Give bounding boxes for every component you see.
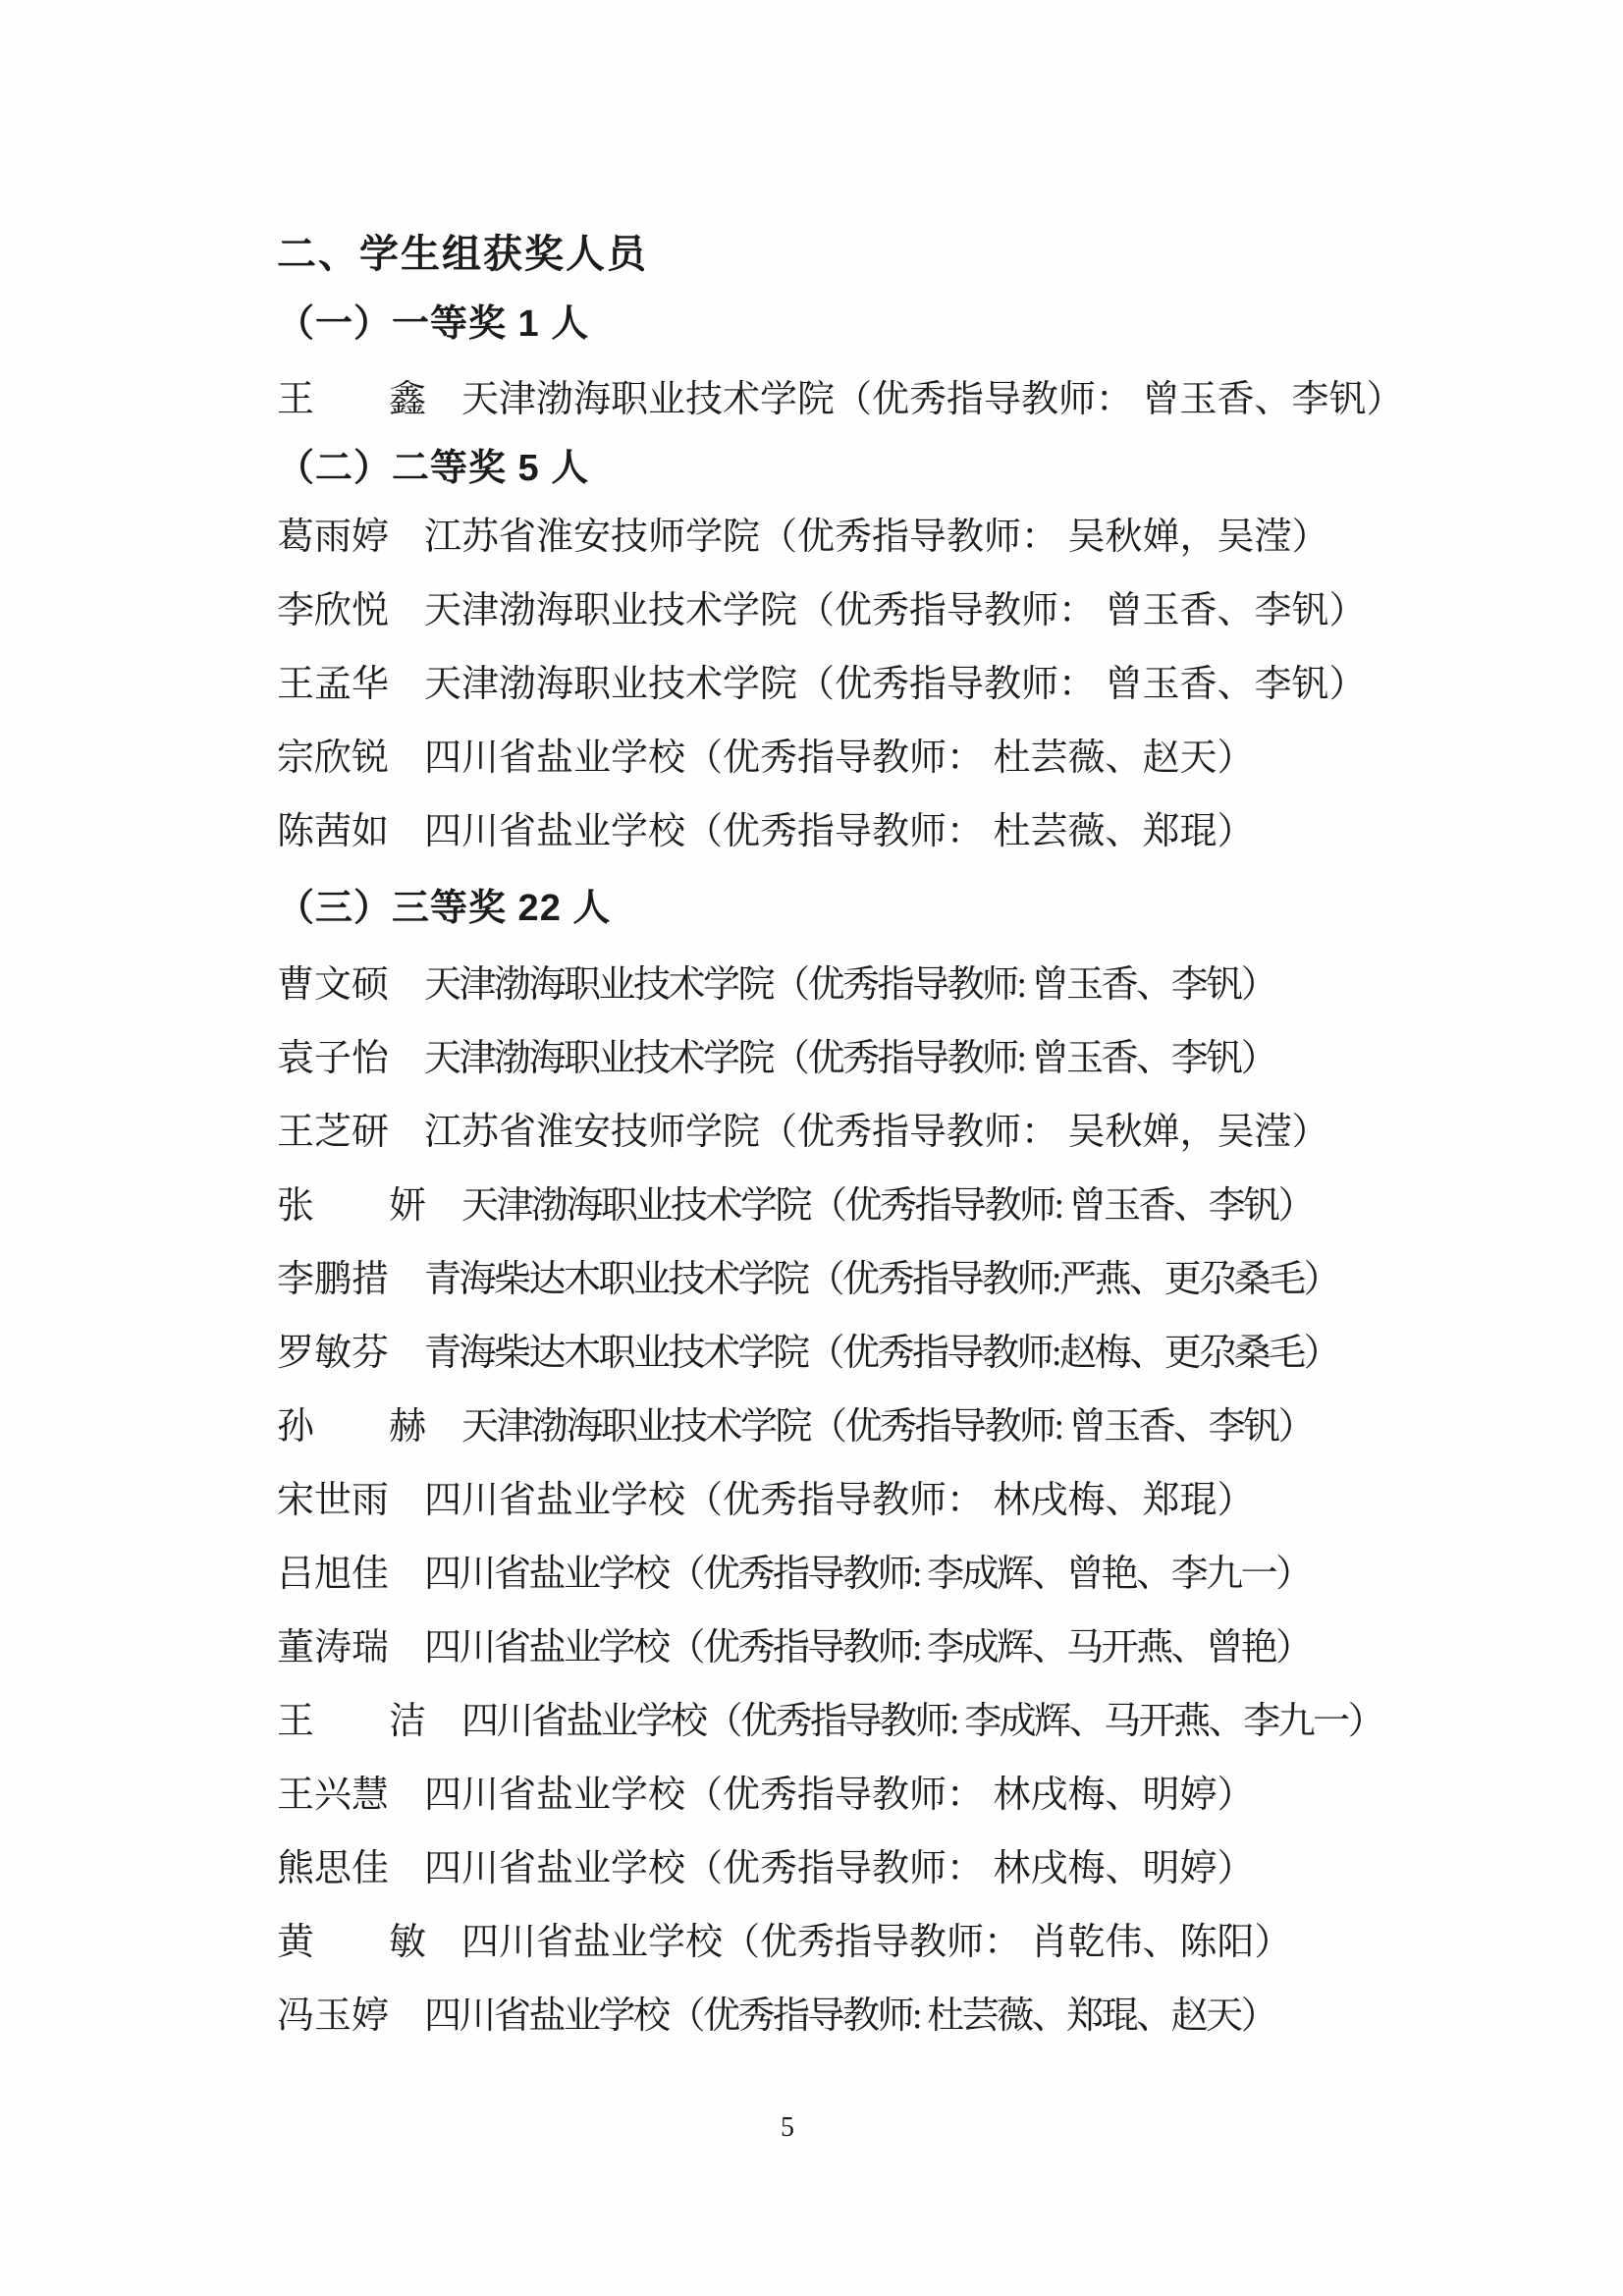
awardee-name: 董涛瑞 [277,1626,389,1669]
awardee-name: 熊思佳 [277,1847,389,1890]
award-entry: 李欣悦天津渤海职业技术学院（优秀指导教师： 曾玉香、李钒） [277,589,1427,632]
award-entry: 王孟华天津渤海职业技术学院（优秀指导教师： 曾玉香、李钒） [277,663,1427,706]
award-entry: 曹文硕天津渤海职业技术学院（优秀指导教师: 曾玉香、李钒） [277,963,1427,1007]
awardee-name: 冯玉婷 [277,1995,389,2038]
section-heading-second-prize: （二）二等奖 5 人 [277,447,1427,490]
entry-detail: 四川省盐业学校（优秀指导教师： 杜芸薇、郑琨） [424,811,1255,852]
awardee-name: 罗敏芬 [277,1332,389,1375]
awardee-name: 吕旭佳 [277,1553,389,1596]
awardee-name: 袁子怡 [277,1037,389,1080]
award-entry: 王芝研江苏省淮安技师学院（优秀指导教师： 吴秋婵，吴滢） [277,1111,1427,1154]
award-entry: 张 妍天津渤海职业技术学院（优秀指导教师: 曾玉香、李钒） [277,1184,1427,1228]
award-entry: 王兴慧四川省盐业学校（优秀指导教师： 林戌梅、明婷） [277,1774,1427,1817]
awardee-name: 王芝研 [277,1111,389,1154]
award-entry: 王 洁四川省盐业学校（优秀指导教师: 李成辉、马开燕、李九一） [277,1700,1427,1743]
awardee-name: 李鹏措 [277,1258,389,1301]
award-entry: 董涛瑞四川省盐业学校（优秀指导教师: 李成辉、马开燕、曾艳） [277,1626,1427,1669]
award-entry: 王 鑫天津渤海职业技术学院（优秀指导教师： 曾玉香、李钒） [277,378,1427,421]
entry-detail: 四川省盐业学校（优秀指导教师: 李成辉、曾艳、李九一） [424,1554,1311,1595]
entry-detail: 四川省盐业学校（优秀指导教师: 李成辉、马开燕、李九一） [461,1701,1382,1742]
entry-detail: 天津渤海职业技术学院（优秀指导教师: 曾玉香、李钒） [424,1038,1275,1079]
entry-detail: 青海柴达木职业技术学院（优秀指导教师:严燕、更尕桑毛） [424,1259,1338,1300]
entry-detail: 四川省盐业学校（优秀指导教师： 林戌梅、郑琨） [424,1480,1255,1521]
award-entry: 罗敏芬青海柴达木职业技术学院（优秀指导教师:赵梅、更尕桑毛） [277,1332,1427,1375]
entry-detail: 天津渤海职业技术学院（优秀指导教师： 曾玉香、李钒） [424,590,1367,631]
award-entry: 葛雨婷江苏省淮安技师学院（优秀指导教师： 吴秋婵，吴滢） [277,516,1427,559]
awardee-name: 孙 赫 [277,1405,426,1449]
entry-detail: 四川省盐业学校（优秀指导教师： 林戌梅、明婷） [424,1775,1255,1816]
awardee-name: 王 洁 [277,1700,426,1743]
entry-detail: 四川省盐业学校（优秀指导教师： 杜芸薇、赵天） [424,738,1255,779]
awardee-name: 王兴慧 [277,1774,389,1817]
award-entry: 袁子怡天津渤海职业技术学院（优秀指导教师: 曾玉香、李钒） [277,1037,1427,1080]
award-entry: 宋世雨四川省盐业学校（优秀指导教师： 林戌梅、郑琨） [277,1479,1427,1522]
award-entry: 李鹏措青海柴达木职业技术学院（优秀指导教师:严燕、更尕桑毛） [277,1258,1427,1301]
entry-detail: 四川省盐业学校（优秀指导教师: 李成辉、马开燕、曾艳） [424,1627,1311,1668]
awardee-name: 黄 敏 [277,1921,426,1964]
awardee-name: 陈茜如 [277,810,389,853]
awardee-name: 王 鑫 [277,378,426,421]
entry-detail: 天津渤海职业技术学院（优秀指导教师： 曾玉香、李钒） [424,664,1367,705]
awardee-name: 宋世雨 [277,1479,389,1522]
awardee-name: 曹文硕 [277,963,389,1007]
award-entry: 熊思佳四川省盐业学校（优秀指导教师： 林戌梅、明婷） [277,1847,1427,1890]
entry-detail: 天津渤海职业技术学院（优秀指导教师: 曾玉香、李钒） [461,1185,1313,1227]
section-heading-third-prize: （三）三等奖 22 人 [277,887,1427,930]
entry-detail: 四川省盐业学校（优秀指导教师： 肖乾伟、陈阳） [461,1922,1292,1963]
awardee-name: 宗欣锐 [277,737,389,780]
page-number: 5 [277,2111,1298,2145]
entry-detail: 青海柴达木职业技术学院（优秀指导教师:赵梅、更尕桑毛） [424,1333,1338,1374]
entry-detail: 江苏省淮安技师学院（优秀指导教师： 吴秋婵，吴滢） [424,1112,1329,1153]
awardee-name: 李欣悦 [277,589,389,632]
award-entry: 陈茜如四川省盐业学校（优秀指导教师： 杜芸薇、郑琨） [277,810,1427,853]
award-entry: 黄 敏四川省盐业学校（优秀指导教师： 肖乾伟、陈阳） [277,1921,1427,1964]
entry-detail: 天津渤海职业技术学院（优秀指导教师: 曾玉香、李钒） [424,964,1275,1006]
awardee-name: 葛雨婷 [277,516,389,559]
entry-detail: 天津渤海职业技术学院（优秀指导教师： 曾玉香、李钒） [461,379,1404,420]
award-entry: 冯玉婷四川省盐业学校（优秀指导教师: 杜芸薇、郑琨、赵天） [277,1995,1427,2038]
award-entry: 吕旭佳四川省盐业学校（优秀指导教师: 李成辉、曾艳、李九一） [277,1553,1427,1596]
award-entry: 宗欣锐四川省盐业学校（优秀指导教师： 杜芸薇、赵天） [277,737,1427,780]
entry-detail: 四川省盐业学校（优秀指导教师: 杜芸薇、郑琨、赵天） [424,1995,1275,2037]
entry-detail: 天津渤海职业技术学院（优秀指导教师: 曾玉香、李钒） [461,1406,1313,1448]
award-entry: 孙 赫天津渤海职业技术学院（优秀指导教师: 曾玉香、李钒） [277,1405,1427,1449]
awardee-name: 张 妍 [277,1184,426,1228]
awardee-name: 王孟华 [277,663,389,706]
document-title: 二、学生组获奖人员 [277,232,1427,277]
section-heading-first-prize: （一）一等奖 1 人 [277,302,1427,346]
document-page: 二、学生组获奖人员 （一）一等奖 1 人 王 鑫天津渤海职业技术学院（优秀指导教… [0,0,1623,2296]
entry-detail: 四川省盐业学校（优秀指导教师： 林戌梅、明婷） [424,1848,1255,1889]
entry-detail: 江苏省淮安技师学院（优秀指导教师： 吴秋婵，吴滢） [424,517,1329,558]
